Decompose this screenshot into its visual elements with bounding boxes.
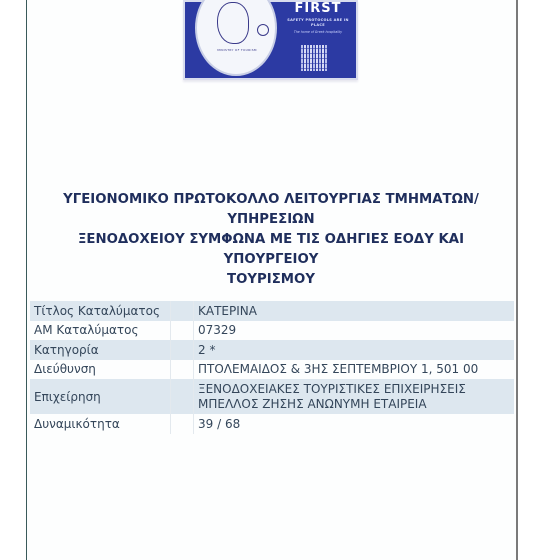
portrait-icon	[217, 2, 249, 44]
column-separator	[171, 414, 194, 434]
title-line: ΤΟΥΡΙΣΜΟΥ	[30, 270, 512, 290]
logo-tagline: The home of Greek hospitality	[289, 30, 347, 34]
value-line: ΞΕΝΟΔΟΧΕΙΑΚΕΣ ΤΟΥΡΙΣΤΙΚΕΣ ΕΠΙΧΕΙΡΗΣΕΙΣ	[198, 382, 510, 397]
table-row: Τίτλος ΚαταλύματοςΚΑΤΕΡΙΝΑ	[30, 301, 514, 321]
table-row: Κατηγορία2 *	[30, 340, 514, 360]
field-label: ΑΜ Καταλύματος	[30, 321, 171, 341]
column-separator	[171, 340, 194, 360]
table-row: ΑΜ Καταλύματος07329	[30, 321, 514, 341]
coin-emblem: MINISTRY OF TOURISM	[195, 0, 277, 76]
value-line: ΜΠΕΛΛΟΣ ΖΗΣΗΣ ΑΝΩΝΥΜΗ ΕΤΑΙΡΕΙΑ	[198, 397, 510, 412]
value-line: 39 / 68	[198, 417, 510, 431]
column-separator	[171, 321, 194, 341]
field-value: ΚΑΤΕΡΙΝΑ	[194, 301, 515, 321]
accommodation-info-table: Τίτλος ΚαταλύματοςΚΑΤΕΡΙΝΑΑΜ Καταλύματος…	[30, 301, 514, 434]
greek-emblem-icon	[257, 24, 269, 36]
field-label: Επιχείρηση	[30, 379, 171, 414]
value-line: 2 *	[198, 343, 510, 357]
title-line: ΞΕΝΟΔΟΧΕΙΟΥ ΣΥΜΦΩΝΑ ΜΕ ΤΙΣ ΟΔΗΓΙΕΣ ΕΟΔΥ …	[30, 230, 512, 270]
table-row: Δυναμικότητα39 / 68	[30, 414, 514, 434]
column-separator	[171, 301, 194, 321]
logo-subtitle: SAFETY PROTOCOLS ARE IN PLACE	[283, 18, 353, 27]
coin-caption: MINISTRY OF TOURISM	[209, 48, 265, 52]
table-row: ΕπιχείρησηΞΕΝΟΔΟΧΕΙΑΚΕΣ ΤΟΥΡΙΣΤΙΚΕΣ ΕΠΙΧ…	[30, 379, 514, 414]
field-value: 07329	[194, 321, 515, 341]
field-value: 39 / 68	[194, 414, 515, 434]
field-label: Κατηγορία	[30, 340, 171, 360]
value-line: ΚΑΤΕΡΙΝΑ	[198, 304, 510, 318]
value-line: 07329	[198, 323, 510, 337]
qr-code-icon	[301, 45, 327, 71]
field-label: Τίτλος Καταλύματος	[30, 301, 171, 321]
field-value: ΞΕΝΟΔΟΧΕΙΑΚΕΣ ΤΟΥΡΙΣΤΙΚΕΣ ΕΠΙΧΕΙΡΗΣΕΙΣΜΠ…	[194, 379, 515, 414]
health-first-logo: MINISTRY OF TOURISM FIRST SAFETY PROTOCO…	[183, 0, 358, 80]
field-value: ΠΤΟΛΕΜΑΙΔΟΣ & 3ΗΣ ΣΕΠΤΕΜΒΡΙΟΥ 1, 501 00	[194, 360, 515, 380]
title-line: ΥΓΕΙΟΝΟΜΙΚΟ ΠΡΩΤΟΚΟΛΛΟ ΛΕΙΤΟΥΡΓΙΑΣ ΤΜΗΜΑ…	[30, 190, 512, 230]
table-row: ΔιεύθυνσηΠΤΟΛΕΜΑΙΔΟΣ & 3ΗΣ ΣΕΠΤΕΜΒΡΙΟΥ 1…	[30, 360, 514, 380]
column-separator	[171, 379, 194, 414]
field-label: Δυναμικότητα	[30, 414, 171, 434]
document-title: ΥΓΕΙΟΝΟΜΙΚΟ ΠΡΩΤΟΚΟΛΛΟ ΛΕΙΤΟΥΡΓΙΑΣ ΤΜΗΜΑ…	[30, 190, 512, 290]
field-value: 2 *	[194, 340, 515, 360]
field-label: Διεύθυνση	[30, 360, 171, 380]
column-separator	[171, 360, 194, 380]
value-line: ΠΤΟΛΕΜΑΙΔΟΣ & 3ΗΣ ΣΕΠΤΕΜΒΡΙΟΥ 1, 501 00	[198, 362, 510, 376]
logo-heading: FIRST	[283, 1, 353, 16]
